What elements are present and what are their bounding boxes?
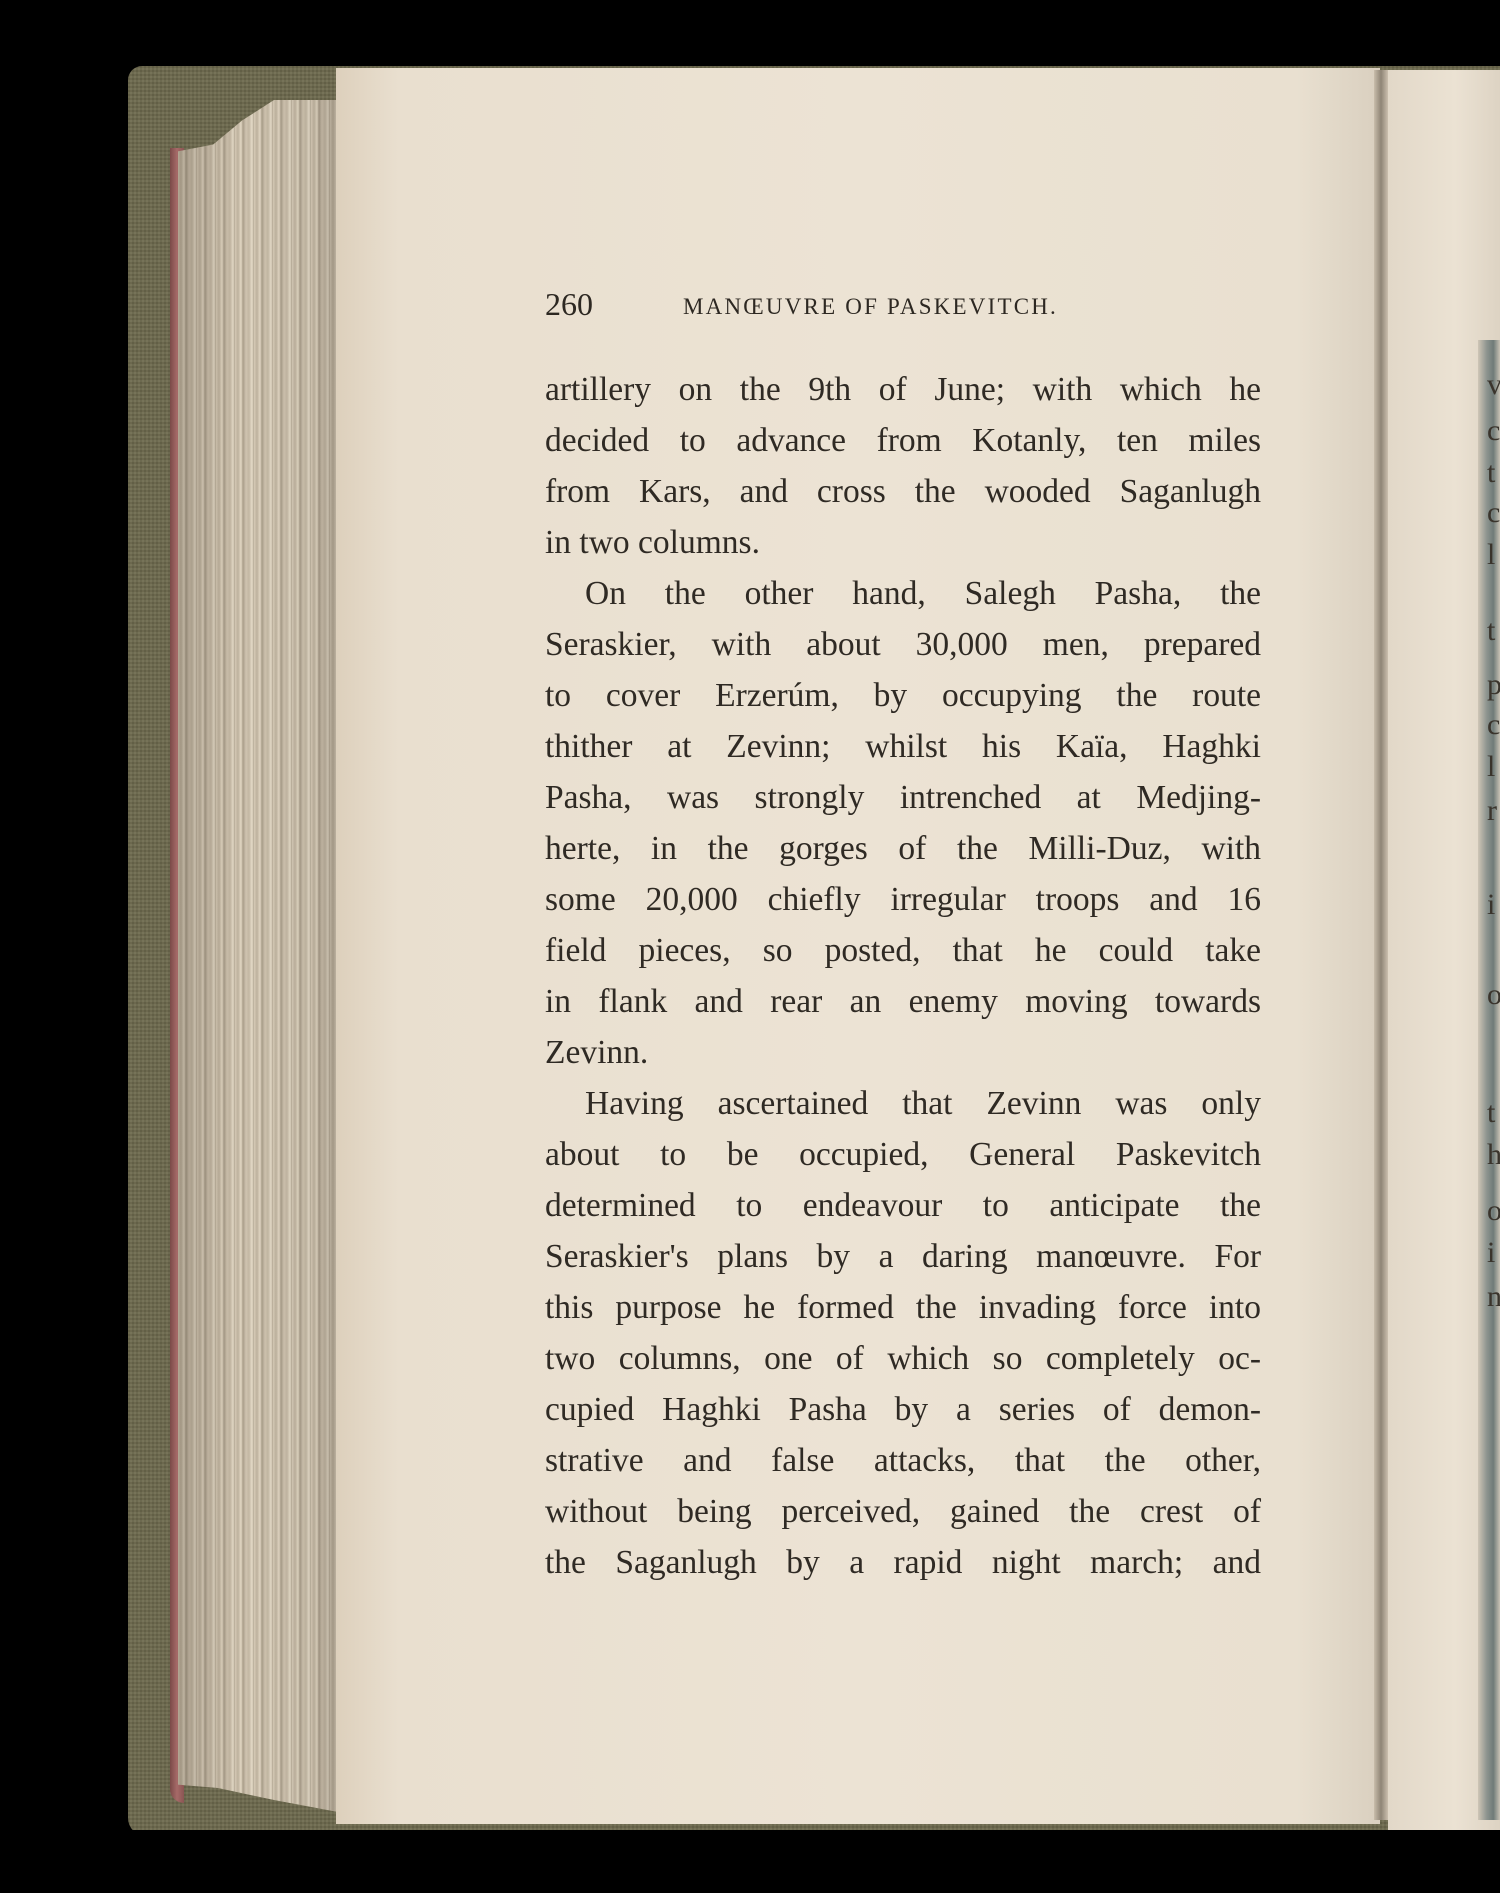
text-line: this purpose he formed the invading forc…	[545, 1282, 1261, 1333]
text-line: to cover Erzerúm, by occupying the route	[545, 670, 1261, 721]
text-line: determined to endeavour to anticipate th…	[545, 1180, 1261, 1231]
edge-letter: o	[1487, 980, 1500, 1010]
edge-letter: l	[1487, 540, 1495, 570]
edge-letter: p	[1487, 670, 1500, 700]
text-line: Pasha, was strongly intrenched at Medjin…	[545, 772, 1261, 823]
text-line: Seraskier, with about 30,000 men, prepar…	[545, 619, 1261, 670]
text-line: herte, in the gorges of the Milli-Duz, w…	[545, 823, 1261, 874]
text-line: artillery on the 9th of June; with which…	[545, 364, 1261, 415]
text-line: the Saganlugh by a rapid night march; an…	[545, 1537, 1261, 1588]
edge-letter: v	[1487, 370, 1500, 400]
edge-letter: n	[1487, 1282, 1500, 1312]
text-line: decided to advance from Kotanly, ten mil…	[545, 415, 1261, 466]
text-line: On the other hand, Salegh Pasha, the	[545, 568, 1261, 619]
text-line: about to be occupied, General Paskevitch	[545, 1129, 1261, 1180]
text-line: without being perceived, gained the cres…	[545, 1486, 1261, 1537]
edge-letter: i	[1487, 890, 1495, 920]
text-line: two columns, one of which so completely …	[545, 1333, 1261, 1384]
edge-letter: c	[1487, 710, 1500, 740]
edge-letter: l	[1487, 752, 1495, 782]
text-line: Having ascertained that Zevinn was only	[545, 1078, 1261, 1129]
edge-letter: t	[1487, 458, 1495, 488]
edge-letter: o	[1487, 1196, 1500, 1226]
text-line: cupied Haghki Pasha by a series of demon…	[545, 1384, 1261, 1435]
text-line: some 20,000 chiefly irregular troops and…	[545, 874, 1261, 925]
text-line: Seraskier's plans by a daring manœuvre. …	[545, 1231, 1261, 1282]
edge-letter: t	[1487, 1098, 1495, 1128]
text-line: thither at Zevinn; whilst his Kaïa, Hagh…	[545, 721, 1261, 772]
edge-letter: c	[1487, 498, 1500, 528]
paragraph: On the other hand, Salegh Pasha, the Ser…	[545, 568, 1261, 1078]
page-fore-edge-stack	[178, 100, 338, 1812]
page-number: 260	[545, 286, 593, 323]
text-line: Zevinn.	[545, 1027, 1261, 1078]
running-head-title: MANŒUVRE OF PASKEVITCH.	[683, 294, 1058, 320]
book-gutter	[1374, 70, 1388, 1820]
edge-letter: h	[1487, 1140, 1500, 1170]
edge-letter: r	[1487, 796, 1497, 826]
edge-letter: c	[1487, 416, 1500, 446]
paragraph: Having ascertained that Zevinn was only …	[545, 1078, 1261, 1588]
running-head: 260 MANŒUVRE OF PASKEVITCH.	[545, 286, 1245, 326]
text-line: in two columns.	[545, 517, 1261, 568]
text-line: in flank and rear an enemy moving toward…	[545, 976, 1261, 1027]
text-line: from Kars, and cross the wooded Saganlug…	[545, 466, 1261, 517]
text-line: field pieces, so posted, that he could t…	[545, 925, 1261, 976]
paragraph: artillery on the 9th of June; with which…	[545, 364, 1261, 568]
text-line: strative and false attacks, that the oth…	[545, 1435, 1261, 1486]
edge-letter: t	[1487, 616, 1495, 646]
background-shadow	[128, 1830, 1500, 1893]
body-text: artillery on the 9th of June; with which…	[545, 364, 1261, 1588]
edge-letter: i	[1487, 1238, 1495, 1268]
